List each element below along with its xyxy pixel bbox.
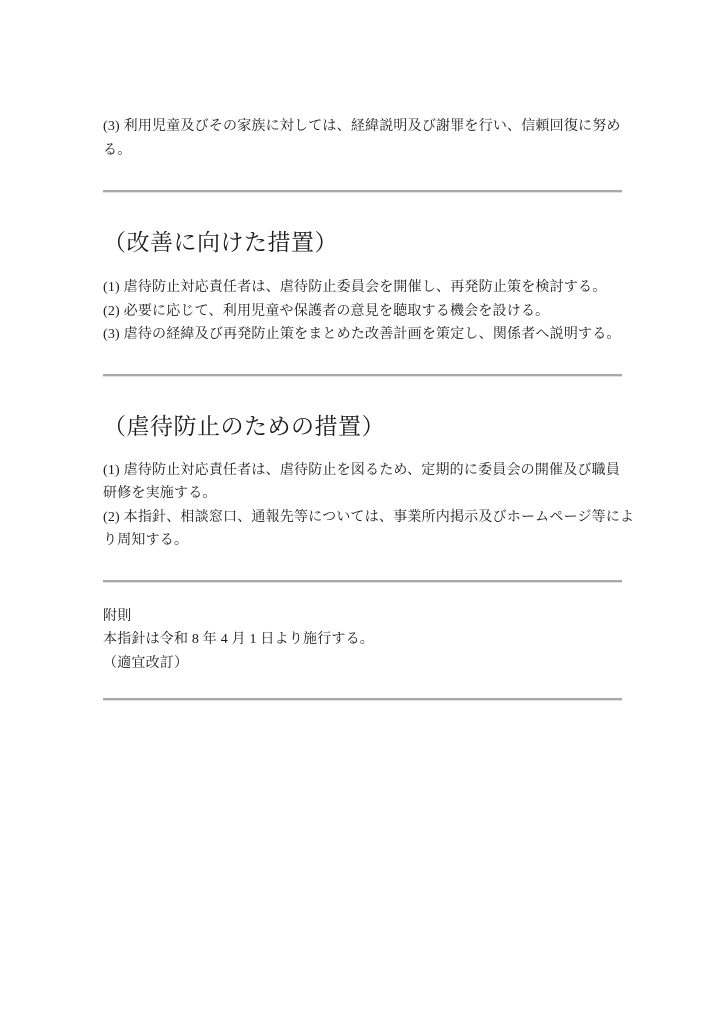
improvement-item-1: (1) 虐待防止対応責任者は、虐待防止委員会を開催し、再発防止策を検討する。 — [103, 276, 663, 300]
section-divider — [103, 698, 622, 701]
section-heading-abuse-prevention-measures: （虐待防止のための措置） — [103, 411, 663, 443]
appendix-effective-date: 本指針は令和 8 年 4 月 1 日より施行する。 — [103, 628, 663, 652]
prevention-item-1: (1) 虐待防止対応責任者は、虐待防止を図るため、定期的に委員会の開催及び職員 … — [103, 459, 663, 506]
prevention-item-2: (2) 本指針、相談窓口、通報先等については、事業所内掲示及びホームページ等によ… — [103, 506, 663, 553]
section-divider — [103, 374, 622, 377]
section-divider — [103, 580, 622, 583]
document-page: (3) 利用児童及びその家族に対しては、経緯説明及び謝罪を行い、信頼回復に努め … — [0, 0, 724, 1024]
section-divider — [103, 190, 622, 193]
list-item-continuation-3: (3) 利用児童及びその家族に対しては、経緯説明及び謝罪を行い、信頼回復に努め … — [103, 0, 663, 163]
document-content: (3) 利用児童及びその家族に対しては、経緯説明及び謝罪を行い、信頼回復に努め … — [103, 0, 663, 701]
improvement-item-3: (3) 虐待の経緯及び再発防止策をまとめた改善計画を策定し、関係者へ説明する。 — [103, 323, 663, 347]
appendix-revision-note: （適宜改訂） — [103, 652, 663, 676]
section-heading-improvement-measures: （改善に向けた措置） — [103, 227, 663, 259]
appendix-label: 附則 — [103, 605, 663, 629]
improvement-item-2: (2) 必要に応じて、利用児童や保護者の意見を聴取する機会を設ける。 — [103, 300, 663, 324]
